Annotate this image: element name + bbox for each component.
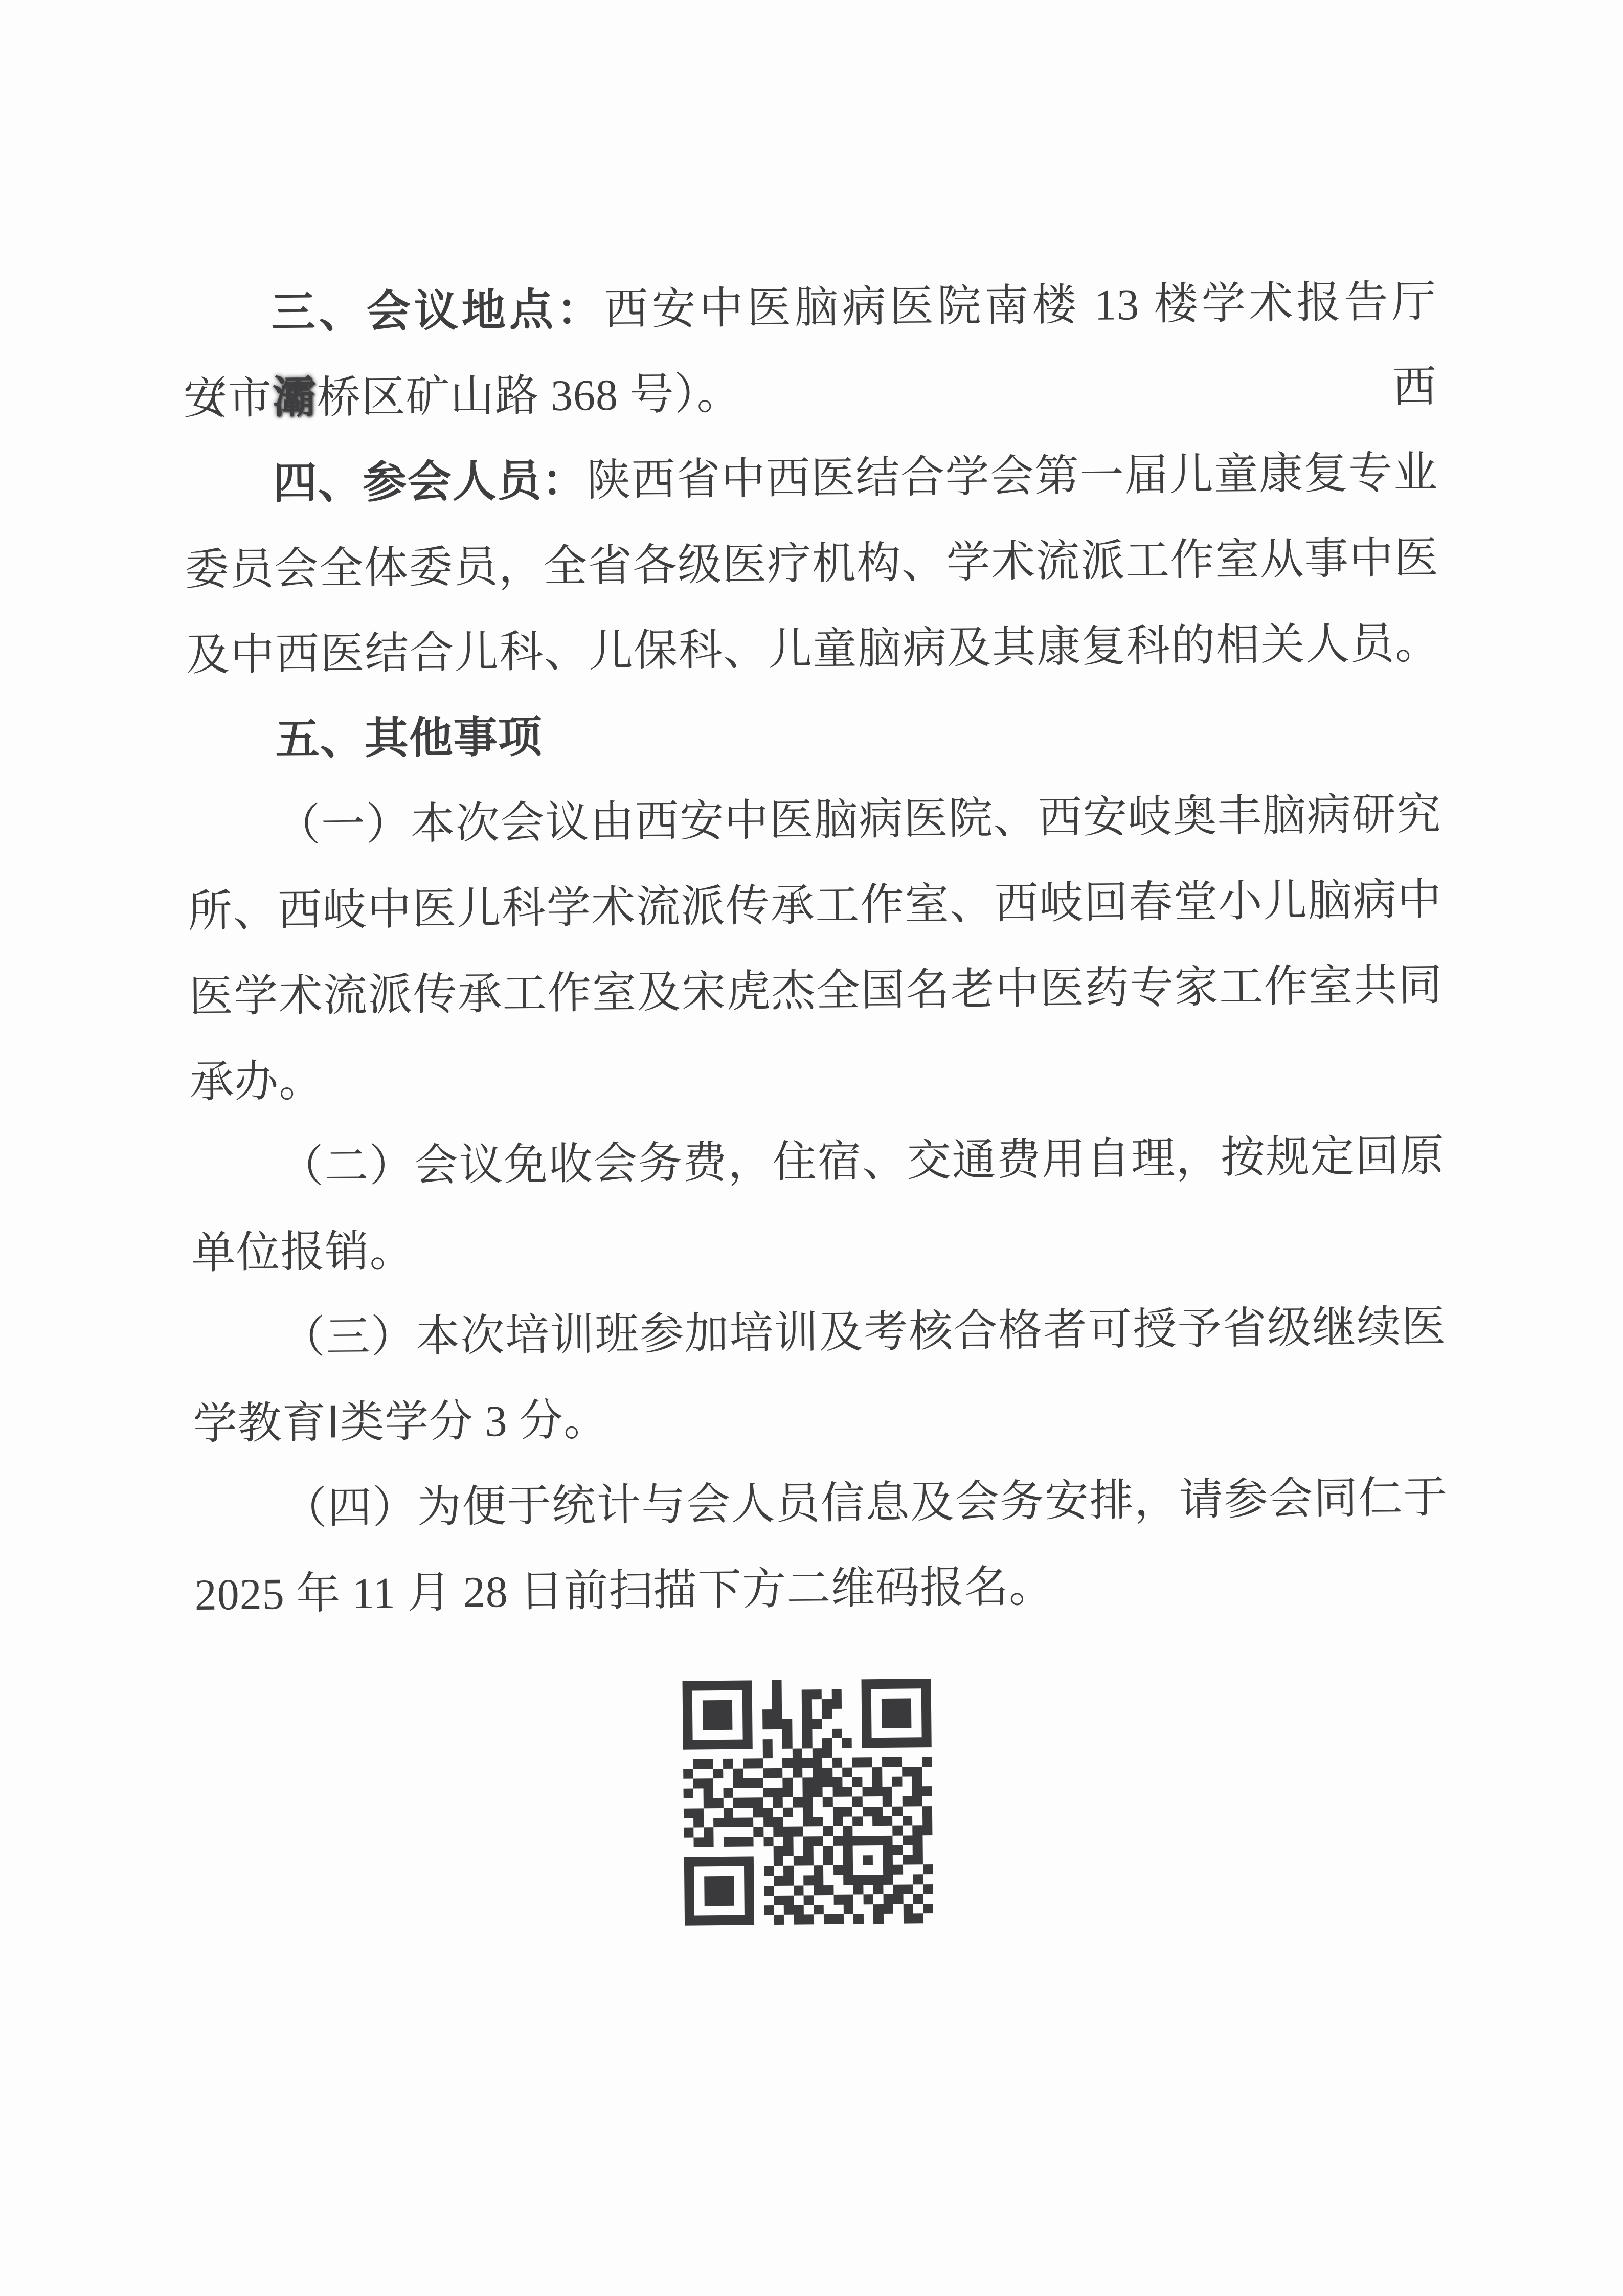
qr-light-module <box>762 1680 772 1690</box>
qr-dark-module <box>772 1719 782 1729</box>
qr-dark-module <box>802 1758 813 1768</box>
qr-dark-module <box>713 1798 724 1808</box>
qr-light-module <box>713 1788 724 1798</box>
qr-dark-module <box>704 1857 714 1866</box>
qr-light-module <box>903 1825 913 1835</box>
qr-dark-module <box>803 1817 813 1826</box>
qr-dark-module <box>921 1708 932 1718</box>
qr-light-module <box>872 1757 882 1767</box>
qr-dark-module <box>811 1689 822 1699</box>
qr-dark-module <box>772 1700 782 1709</box>
qr-dark-module <box>832 1728 842 1738</box>
qr-light-module <box>733 1759 743 1769</box>
qr-light-module <box>842 1709 852 1719</box>
qr-light-module <box>753 1788 763 1798</box>
qr-dark-module <box>904 1913 914 1923</box>
qr-light-module <box>713 1759 723 1769</box>
qr-dark-module <box>861 1679 871 1689</box>
qr-light-module <box>892 1787 903 1796</box>
qr-dark-module <box>723 1788 733 1798</box>
qr-dark-module <box>882 1718 892 1728</box>
qr-light-module <box>912 1816 922 1825</box>
qr-light-module <box>864 1904 874 1914</box>
qr-light-module <box>734 1886 745 1896</box>
qr-dark-module <box>883 1865 893 1875</box>
qr-dark-module <box>684 1827 694 1837</box>
qr-light-module <box>892 1747 902 1757</box>
qr-light-module <box>844 1914 854 1924</box>
qr-dark-module <box>683 1681 693 1691</box>
qr-dark-module <box>802 1729 813 1738</box>
qr-light-module <box>692 1701 703 1710</box>
qr-light-module <box>873 1845 883 1855</box>
qr-light-module <box>842 1680 852 1689</box>
qr-dark-module <box>923 1864 933 1874</box>
qr-dark-module <box>753 1798 763 1808</box>
qr-dark-module <box>694 1818 704 1827</box>
qr-light-module <box>694 1847 704 1857</box>
qr-dark-module <box>685 1896 695 1906</box>
qr-light-module <box>863 1826 873 1836</box>
qr-dark-module <box>724 1817 734 1827</box>
qr-light-module <box>742 1749 753 1758</box>
qr-dark-module <box>814 1885 824 1895</box>
qr-dark-module <box>843 1865 853 1875</box>
qr-dark-module <box>872 1807 883 1816</box>
qr-light-module <box>901 1689 911 1699</box>
text-line-item-3: （三）本次培训班参加培训及考核合格者可授予省级继续医 <box>192 1284 1446 1381</box>
qr-dark-module <box>783 1788 793 1797</box>
qr-light-module <box>911 1708 921 1718</box>
qr-light-module <box>813 1807 823 1817</box>
qr-dark-module <box>724 1896 734 1905</box>
qr-dark-module <box>883 1845 893 1855</box>
qr-dark-module <box>714 1876 724 1886</box>
qr-light-module <box>922 1835 933 1845</box>
qr-dark-module <box>784 1876 794 1885</box>
qr-dark-module <box>843 1836 853 1845</box>
qr-dark-module <box>774 1856 784 1866</box>
qr-dark-module <box>743 1758 753 1768</box>
qr-light-module <box>754 1866 764 1876</box>
qr-light-module <box>773 1837 783 1846</box>
qr-light-module <box>792 1680 802 1689</box>
qr-light-module <box>733 1827 743 1837</box>
qr-dark-module <box>784 1905 794 1914</box>
qr-light-module <box>684 1837 694 1847</box>
qr-dark-module <box>922 1757 932 1767</box>
qr-light-module <box>892 1816 903 1825</box>
qr-dark-module <box>685 1915 695 1925</box>
qr-dark-module <box>913 1835 923 1845</box>
qr-dark-module <box>753 1808 763 1817</box>
qr-light-module <box>823 1787 833 1797</box>
qr-light-module <box>754 1876 764 1886</box>
qr-dark-module <box>774 1915 784 1925</box>
qr-dark-module <box>763 1788 773 1797</box>
qr-dark-module <box>913 1913 923 1923</box>
qr-light-module <box>764 1896 774 1905</box>
qr-light-module <box>734 1847 744 1857</box>
qr-light-module <box>804 1885 814 1895</box>
qr-dark-module <box>802 1709 812 1719</box>
qr-dark-module <box>762 1739 773 1749</box>
qr-dark-module <box>724 1857 734 1866</box>
qr-light-module <box>694 1906 705 1915</box>
qr-dark-module <box>773 1817 783 1827</box>
qr-dark-module <box>843 1846 853 1856</box>
qr-light-module <box>782 1690 792 1700</box>
qr-light-module <box>752 1710 762 1720</box>
qr-dark-module <box>803 1797 813 1807</box>
qr-light-module <box>853 1845 863 1855</box>
qr-dark-module <box>832 1807 843 1816</box>
qr-dark-module <box>863 1894 873 1904</box>
qr-dark-module <box>803 1836 814 1846</box>
qr-light-module <box>703 1730 713 1740</box>
qr-dark-module <box>703 1778 713 1788</box>
qr-dark-module <box>704 1886 714 1896</box>
qr-light-module <box>901 1728 912 1737</box>
qr-light-module <box>783 1856 794 1866</box>
qr-light-module <box>713 1730 723 1740</box>
qr-light-module <box>754 1905 764 1915</box>
qr-dark-module <box>803 1788 813 1797</box>
qr-light-module <box>774 1905 784 1915</box>
body-text: 桥区矿山路 368 号）。 <box>317 369 741 422</box>
text-line-deadline: 2025 年 11 月 28 日前扫描下方二维码报名。 <box>194 1540 1449 1638</box>
qr-light-module <box>733 1729 743 1739</box>
qr-dark-module <box>802 1719 812 1729</box>
qr-light-module <box>842 1758 852 1768</box>
qr-dark-module <box>693 1759 703 1769</box>
qr-dark-module <box>723 1700 733 1710</box>
qr-dark-module <box>873 1904 884 1914</box>
qr-light-module <box>923 1894 933 1904</box>
qr-dark-module <box>871 1679 882 1689</box>
body-text: （三）本次培训班参加培训及考核合格者可授予省级继续医 <box>281 1302 1447 1362</box>
qr-light-module <box>792 1738 802 1748</box>
qr-dark-module <box>783 1778 793 1788</box>
qr-light-module <box>812 1699 822 1709</box>
qr-dark-module <box>814 1875 824 1885</box>
qr-dark-module <box>913 1875 923 1884</box>
qr-dark-module <box>773 1788 783 1797</box>
qr-light-module <box>803 1866 814 1876</box>
qr-light-module <box>853 1904 864 1914</box>
qr-light-module <box>922 1845 933 1855</box>
qr-dark-module <box>773 1797 783 1807</box>
qr-dark-module <box>794 1905 804 1914</box>
qr-dark-module <box>872 1777 883 1787</box>
qr-dark-module <box>782 1758 793 1768</box>
body-text: （一）本次会议由西安中医脑病医院、西安岐奥丰脑病研究 <box>276 789 1441 850</box>
qr-light-module <box>843 1797 853 1807</box>
qr-dark-module <box>901 1699 912 1708</box>
qr-dark-module <box>713 1740 723 1749</box>
qr-dark-module <box>822 1738 832 1748</box>
qr-light-module <box>684 1798 694 1808</box>
qr-light-module <box>752 1720 762 1729</box>
qr-dark-module <box>764 1905 774 1915</box>
qr-dark-module <box>833 1816 843 1826</box>
qr-dark-module <box>862 1728 872 1738</box>
qr-dark-module <box>774 1846 784 1856</box>
qr-light-module <box>863 1865 873 1875</box>
qr-dark-module <box>725 1915 735 1925</box>
qr-dark-module <box>744 1886 754 1896</box>
qr-dark-module <box>793 1797 803 1807</box>
qr-dark-module <box>683 1701 693 1710</box>
qr-dark-module <box>704 1798 714 1808</box>
qr-light-module <box>752 1729 762 1739</box>
qr-dark-module <box>902 1767 912 1777</box>
qr-dark-module <box>723 1710 733 1720</box>
qr-dark-module <box>803 1856 814 1865</box>
qr-dark-module <box>802 1689 812 1699</box>
qr-light-module <box>833 1875 844 1885</box>
qr-dark-module <box>852 1797 863 1807</box>
qr-light-module <box>911 1698 921 1708</box>
qr-light-module <box>922 1767 932 1776</box>
qr-dark-module <box>863 1855 873 1865</box>
qr-light-module <box>684 1818 694 1827</box>
qr-dark-module <box>812 1748 822 1758</box>
qr-dark-module <box>702 1681 712 1690</box>
qr-light-module <box>713 1749 723 1759</box>
qr-dark-module <box>853 1836 863 1845</box>
qr-light-module <box>872 1718 882 1728</box>
qr-dark-module <box>684 1857 694 1867</box>
qr-dark-module <box>762 1720 773 1729</box>
document-page: 三、会议地点：西安中医脑病医院南楼 13 楼学术报告厅（西 安市灞桥区矿山路 3… <box>0 0 1623 2296</box>
qr-light-module <box>782 1680 792 1690</box>
qr-light-module <box>753 1739 763 1749</box>
qr-light-module <box>922 1776 932 1786</box>
qr-light-module <box>753 1768 763 1778</box>
text-line-meeting-location: 三、会议地点：西安中医脑病医院南楼 13 楼学术报告厅（西 <box>182 259 1436 356</box>
qr-light-module <box>813 1797 823 1807</box>
qr-light-module <box>773 1758 783 1768</box>
qr-light-module <box>743 1827 754 1837</box>
qr-dark-module <box>883 1875 893 1884</box>
qr-dark-module <box>923 1884 933 1894</box>
qr-dark-module <box>822 1777 832 1787</box>
qr-light-module <box>882 1767 892 1777</box>
qr-dark-module <box>703 1700 713 1710</box>
qr-dark-module <box>734 1837 744 1847</box>
qr-light-module <box>853 1865 863 1875</box>
qr-light-module <box>705 1906 715 1915</box>
qr-dark-module <box>703 1710 713 1720</box>
qr-dark-module <box>794 1914 804 1924</box>
qr-dark-module <box>901 1737 912 1747</box>
qr-light-module <box>842 1719 852 1728</box>
qr-light-module <box>911 1718 921 1728</box>
qr-light-module <box>732 1720 742 1729</box>
body-text: 及中西医结合儿科、儿保科、儿童脑病及其康复科的相关人员。 <box>186 618 1440 680</box>
registration-qr-code <box>683 1679 934 1926</box>
qr-dark-module <box>862 1709 872 1719</box>
qr-light-module <box>693 1789 704 1798</box>
qr-light-module <box>873 1894 884 1904</box>
qr-light-module <box>913 1904 923 1913</box>
qr-light-module <box>872 1748 882 1757</box>
qr-light-module <box>872 1728 882 1738</box>
qr-dark-module <box>733 1778 743 1788</box>
qr-dark-module <box>774 1895 784 1905</box>
qr-dark-module <box>793 1758 803 1768</box>
document-content: 三、会议地点：西安中医脑病医院南楼 13 楼学术报告厅（西 安市灞桥区矿山路 3… <box>182 259 1449 1637</box>
qr-dark-module <box>724 1837 734 1847</box>
qr-dark-module <box>912 1796 922 1806</box>
qr-light-module <box>793 1836 803 1846</box>
qr-light-module <box>804 1905 814 1914</box>
qr-dark-module <box>814 1865 824 1875</box>
qr-light-module <box>832 1797 843 1807</box>
body-text: （二）会议免收会务费，住宿、交通费用自理，按规定回原 <box>279 1131 1445 1191</box>
qr-dark-module <box>813 1768 823 1777</box>
qr-dark-module <box>743 1798 753 1808</box>
qr-dark-module <box>782 1729 793 1738</box>
qr-dark-module <box>713 1720 723 1729</box>
qr-light-module <box>762 1758 773 1768</box>
qr-dark-module <box>783 1826 794 1836</box>
qr-dark-module <box>804 1895 814 1905</box>
qr-dark-module <box>843 1856 853 1865</box>
qr-light-module <box>734 1905 745 1915</box>
qr-dark-module <box>844 1904 854 1914</box>
qr-light-module <box>693 1749 703 1759</box>
qr-dark-module <box>913 1894 923 1904</box>
qr-light-module <box>683 1779 693 1789</box>
qr-light-module <box>811 1680 822 1689</box>
qr-light-module <box>872 1796 883 1806</box>
qr-light-module <box>762 1690 772 1700</box>
qr-dark-module <box>814 1905 824 1914</box>
qr-dark-module <box>823 1846 833 1856</box>
qr-dark-module <box>713 1769 723 1778</box>
qr-light-module <box>871 1708 882 1718</box>
qr-light-module <box>813 1826 823 1836</box>
qr-dark-module <box>764 1886 774 1896</box>
qr-dark-module <box>922 1786 932 1796</box>
qr-dark-module <box>853 1914 864 1924</box>
qr-dark-module <box>824 1885 834 1894</box>
qr-dark-module <box>862 1719 872 1728</box>
qr-dark-module <box>693 1740 703 1749</box>
qr-dark-module <box>863 1875 873 1885</box>
qr-dark-module <box>764 1866 774 1876</box>
qr-dark-module <box>873 1884 884 1894</box>
qr-light-module <box>714 1827 724 1837</box>
qr-dark-module <box>892 1737 902 1747</box>
qr-light-module <box>812 1729 822 1738</box>
qr-light-module <box>774 1885 784 1895</box>
qr-dark-module <box>843 1787 853 1797</box>
qr-dark-module <box>783 1846 794 1856</box>
qr-light-module <box>893 1875 903 1884</box>
body-text: 医学术流派传承工作室及宋虎杰全国名老中医药专家工作室共同 <box>189 960 1443 1021</box>
qr-light-module <box>683 1759 693 1769</box>
qr-dark-module <box>833 1836 843 1846</box>
qr-dark-module <box>763 1808 773 1817</box>
qr-dark-module <box>872 1816 883 1826</box>
qr-dark-module <box>832 1777 843 1787</box>
qr-dark-module <box>831 1699 842 1709</box>
qr-light-module <box>842 1699 852 1709</box>
qr-dark-module <box>863 1836 873 1845</box>
qr-dark-module <box>892 1806 903 1816</box>
qr-light-module <box>893 1855 903 1865</box>
qr-light-module <box>882 1777 892 1787</box>
qr-dark-module <box>803 1876 814 1885</box>
qr-dark-module <box>921 1737 932 1747</box>
text-line: 单位报销。 <box>191 1198 1446 1296</box>
qr-dark-module <box>803 1846 814 1856</box>
qr-dark-module <box>872 1787 883 1796</box>
qr-light-module <box>753 1749 763 1758</box>
qr-light-module <box>803 1826 814 1836</box>
qr-dark-module <box>763 1837 774 1846</box>
qr-light-module <box>922 1796 932 1805</box>
qr-dark-module <box>892 1757 902 1767</box>
qr-dark-module <box>823 1797 833 1807</box>
qr-light-module <box>883 1826 893 1836</box>
qr-dark-module <box>912 1825 922 1835</box>
qr-dark-module <box>733 1739 743 1749</box>
qr-light-module <box>743 1808 754 1817</box>
qr-light-module <box>692 1690 703 1700</box>
qr-light-module <box>912 1806 922 1816</box>
text-line-item-1: （一）本次会议由西安中医脑病医院、西安岐奥丰脑病研究 <box>187 771 1441 869</box>
qr-light-module <box>694 1877 705 1886</box>
qr-light-module <box>923 1874 933 1884</box>
qr-dark-module <box>723 1740 733 1749</box>
qr-light-module <box>743 1788 753 1798</box>
qr-light-module <box>762 1729 773 1739</box>
qr-dark-module <box>883 1855 893 1865</box>
qr-light-module <box>862 1767 872 1777</box>
qr-light-module <box>921 1747 932 1757</box>
qr-dark-module <box>722 1681 732 1690</box>
qr-dark-module <box>891 1679 901 1689</box>
qr-dark-module <box>852 1757 862 1767</box>
qr-dark-module <box>683 1691 693 1701</box>
qr-dark-module <box>684 1808 694 1818</box>
qr-light-module <box>773 1739 783 1749</box>
qr-dark-module <box>922 1825 933 1835</box>
qr-dark-module <box>822 1748 832 1758</box>
qr-dark-module <box>684 1877 694 1886</box>
qr-dark-module <box>753 1827 763 1837</box>
qr-dark-module <box>843 1807 853 1816</box>
qr-dark-module <box>831 1689 842 1699</box>
qr-dark-module <box>813 1817 823 1826</box>
qr-dark-module <box>743 1817 754 1827</box>
qr-dark-module <box>901 1708 912 1718</box>
qr-light-module <box>743 1846 754 1856</box>
qr-dark-module <box>703 1759 713 1769</box>
qr-light-module <box>754 1837 764 1846</box>
qr-dark-module <box>772 1680 782 1690</box>
qr-dark-module <box>763 1768 773 1778</box>
body-text: 陕西省中西医结合学会第一届儿童康复专业 <box>587 448 1438 505</box>
qr-light-module <box>923 1913 933 1923</box>
qr-light-module <box>723 1778 733 1788</box>
qr-dark-module <box>683 1710 693 1720</box>
qr-light-module <box>892 1796 903 1806</box>
